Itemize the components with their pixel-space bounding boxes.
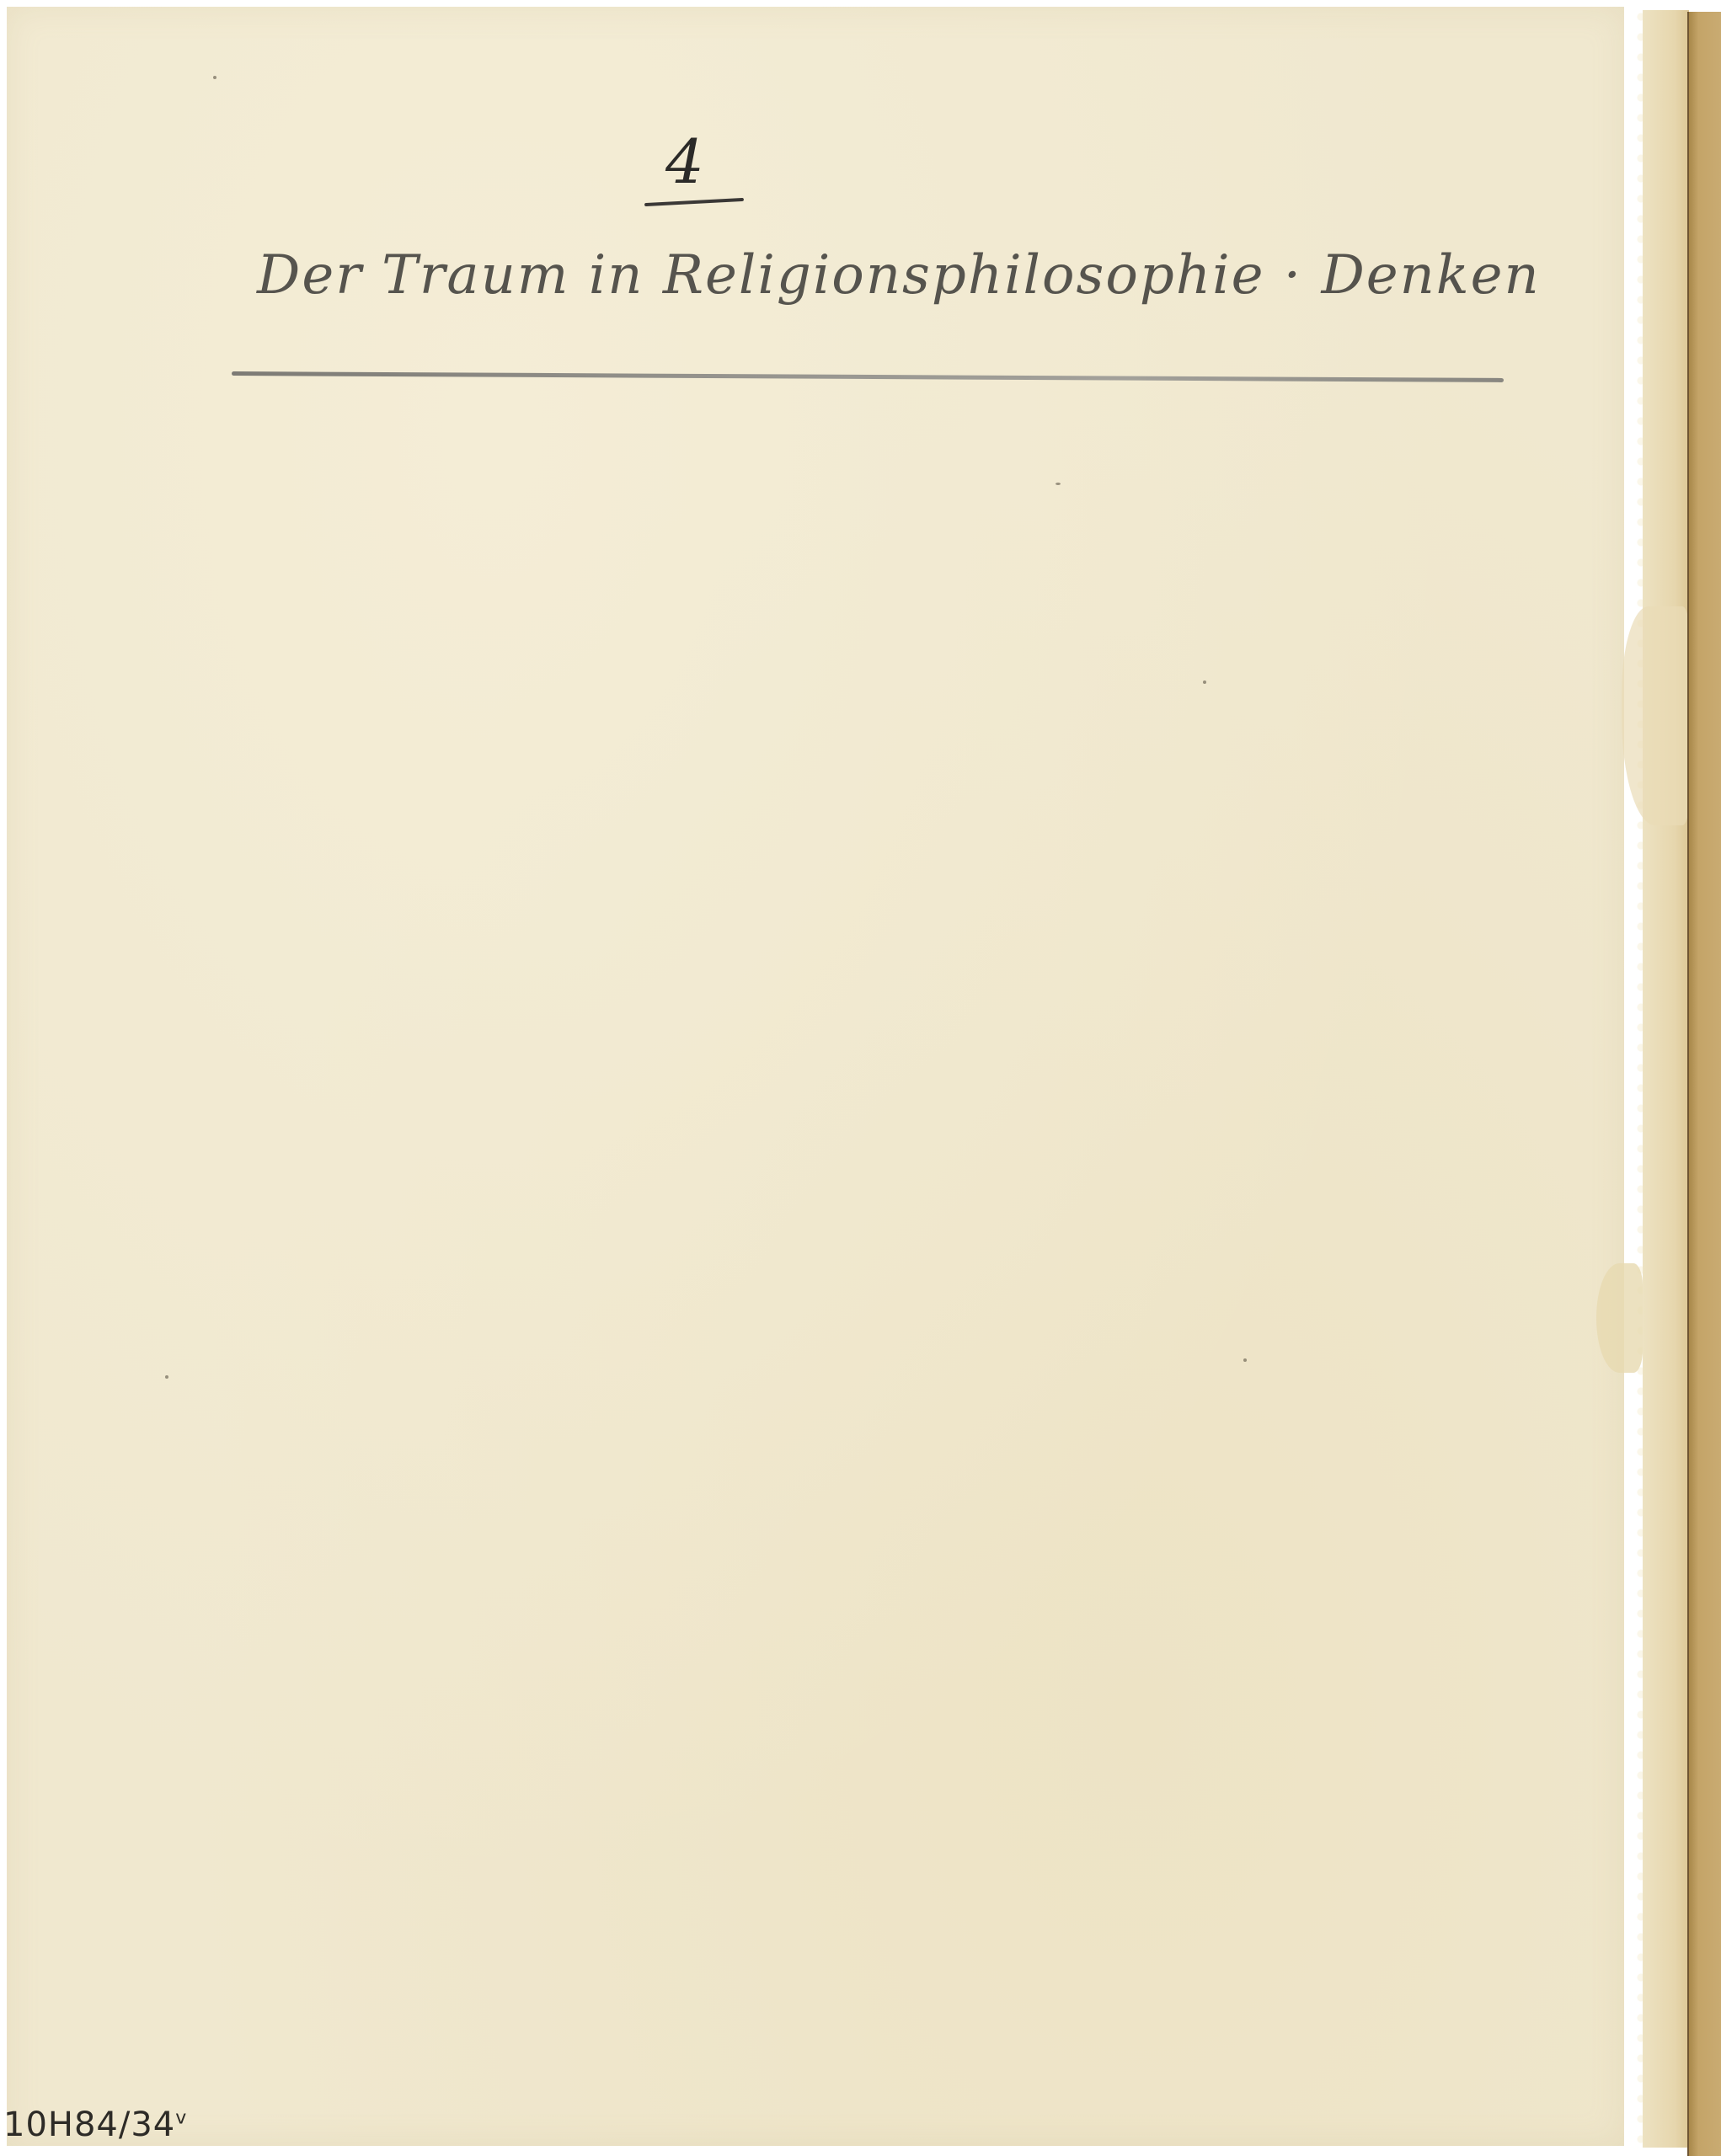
archive-mark-suffix: v <box>175 2108 187 2129</box>
paper-speck <box>1056 483 1061 485</box>
manuscript-page <box>7 7 1624 2146</box>
notebook-cover-edge <box>1689 12 1721 2156</box>
paper-speck <box>213 76 216 79</box>
binding-stub <box>1643 10 1689 2148</box>
stub-tear <box>1596 1263 1643 1373</box>
paper-speck <box>165 1375 168 1379</box>
paper-speck <box>1203 680 1206 684</box>
handwritten-title: Der Traum in Religionsphilosophie · Denk… <box>257 244 1521 307</box>
stub-tear <box>1622 606 1689 825</box>
archive-shelfmark: 10H84/34v <box>3 2105 187 2144</box>
paper-speck <box>1243 1358 1247 1362</box>
folio-number: 4 <box>665 126 704 197</box>
archive-mark-text: 10H84/34 <box>3 2105 175 2144</box>
